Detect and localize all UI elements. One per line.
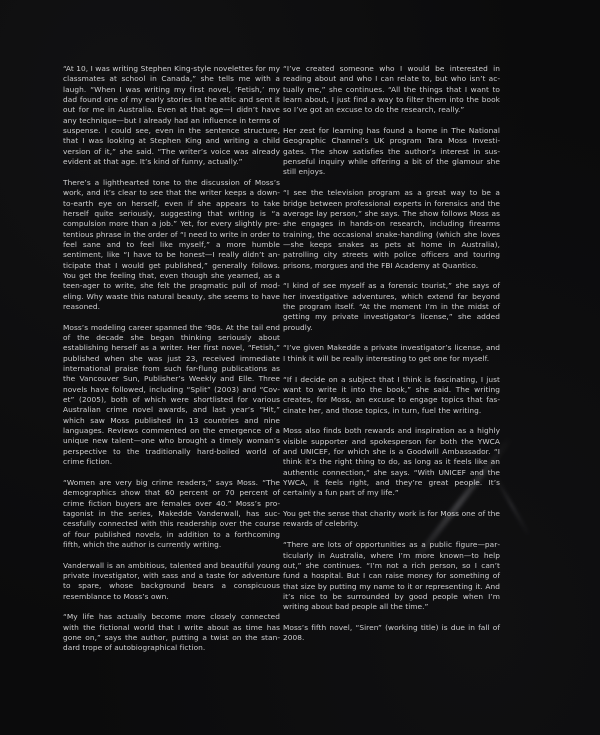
paragraph: Moss also finds both rewards and inspira… <box>283 426 500 498</box>
paragraph: “I kind of see myself as a forensic tour… <box>283 281 500 333</box>
paragraph: “My life has actually become more closel… <box>63 612 280 653</box>
article-left-column: “At 10, I was writing Stephen King-style… <box>63 64 280 664</box>
magazine-page: “At 10, I was writing Stephen King-style… <box>0 0 600 735</box>
paragraph: Moss’s fifth novel, “Siren” (working tit… <box>283 623 500 644</box>
paragraph: Her zest for learning has found a home i… <box>283 126 500 178</box>
paragraph: “If I decide on a subject that I think i… <box>283 375 500 416</box>
paragraph: “At 10, I was writing Stephen King-style… <box>63 64 280 167</box>
paragraph: There’s a lighthearted tone to the discu… <box>63 178 280 312</box>
paragraph: “I’ve given Makedde a private investigat… <box>283 343 500 364</box>
paragraph: “I’ve created someone who I would be int… <box>283 64 500 116</box>
paragraph: “I see the television program as a great… <box>283 188 500 271</box>
paragraph: Vanderwall is an ambitious, talented and… <box>63 561 280 602</box>
article-right-column: “I’ve created someone who I would be int… <box>283 64 500 654</box>
paragraph: You get the sense that charity work is f… <box>283 509 500 530</box>
paragraph: Moss’s modeling career spanned the ’90s.… <box>63 323 280 468</box>
paragraph: “There are lots of opportunities as a pu… <box>283 540 500 612</box>
paragraph: “Women are very big crime readers,” says… <box>63 478 280 550</box>
